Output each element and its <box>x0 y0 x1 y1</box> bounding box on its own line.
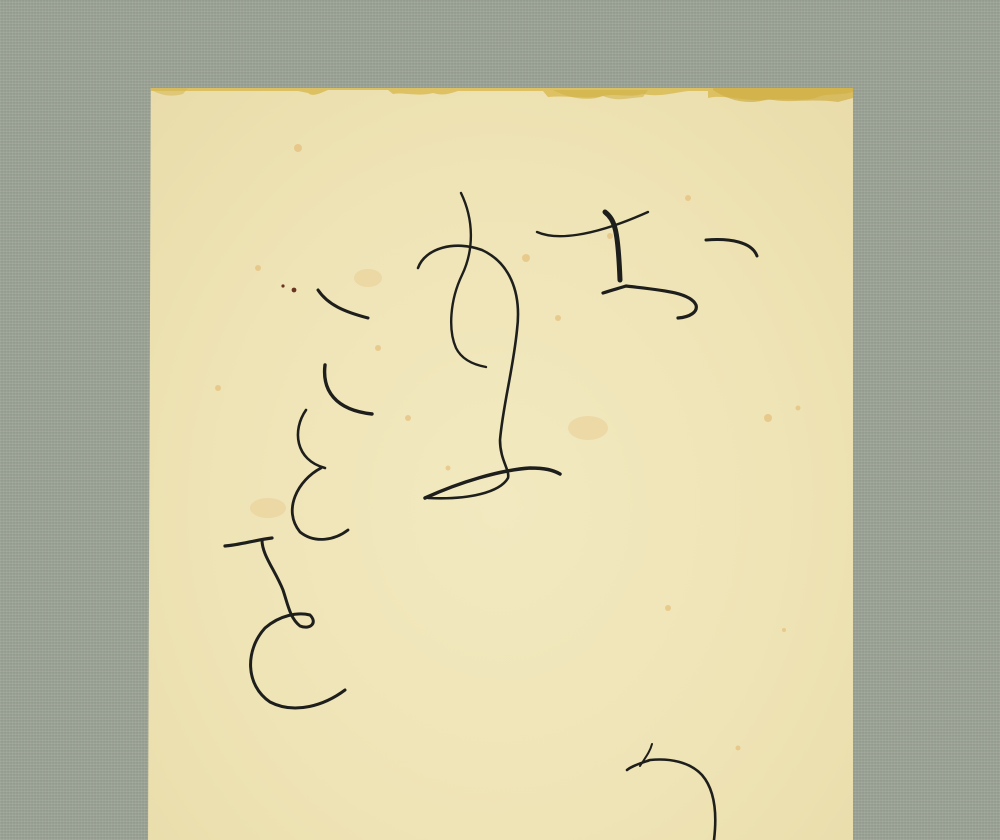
glyph-left-column <box>225 290 372 708</box>
ink-dot <box>292 288 297 293</box>
glyph-ta <box>537 212 757 318</box>
glyph-tsu <box>627 744 715 840</box>
glyph-center-loops <box>418 193 560 498</box>
calligraphy-ink-strokes <box>0 0 1000 840</box>
photo-scene: Photograph of a vertical sheet of aged c… <box>0 0 1000 840</box>
ink-dot <box>281 284 284 287</box>
